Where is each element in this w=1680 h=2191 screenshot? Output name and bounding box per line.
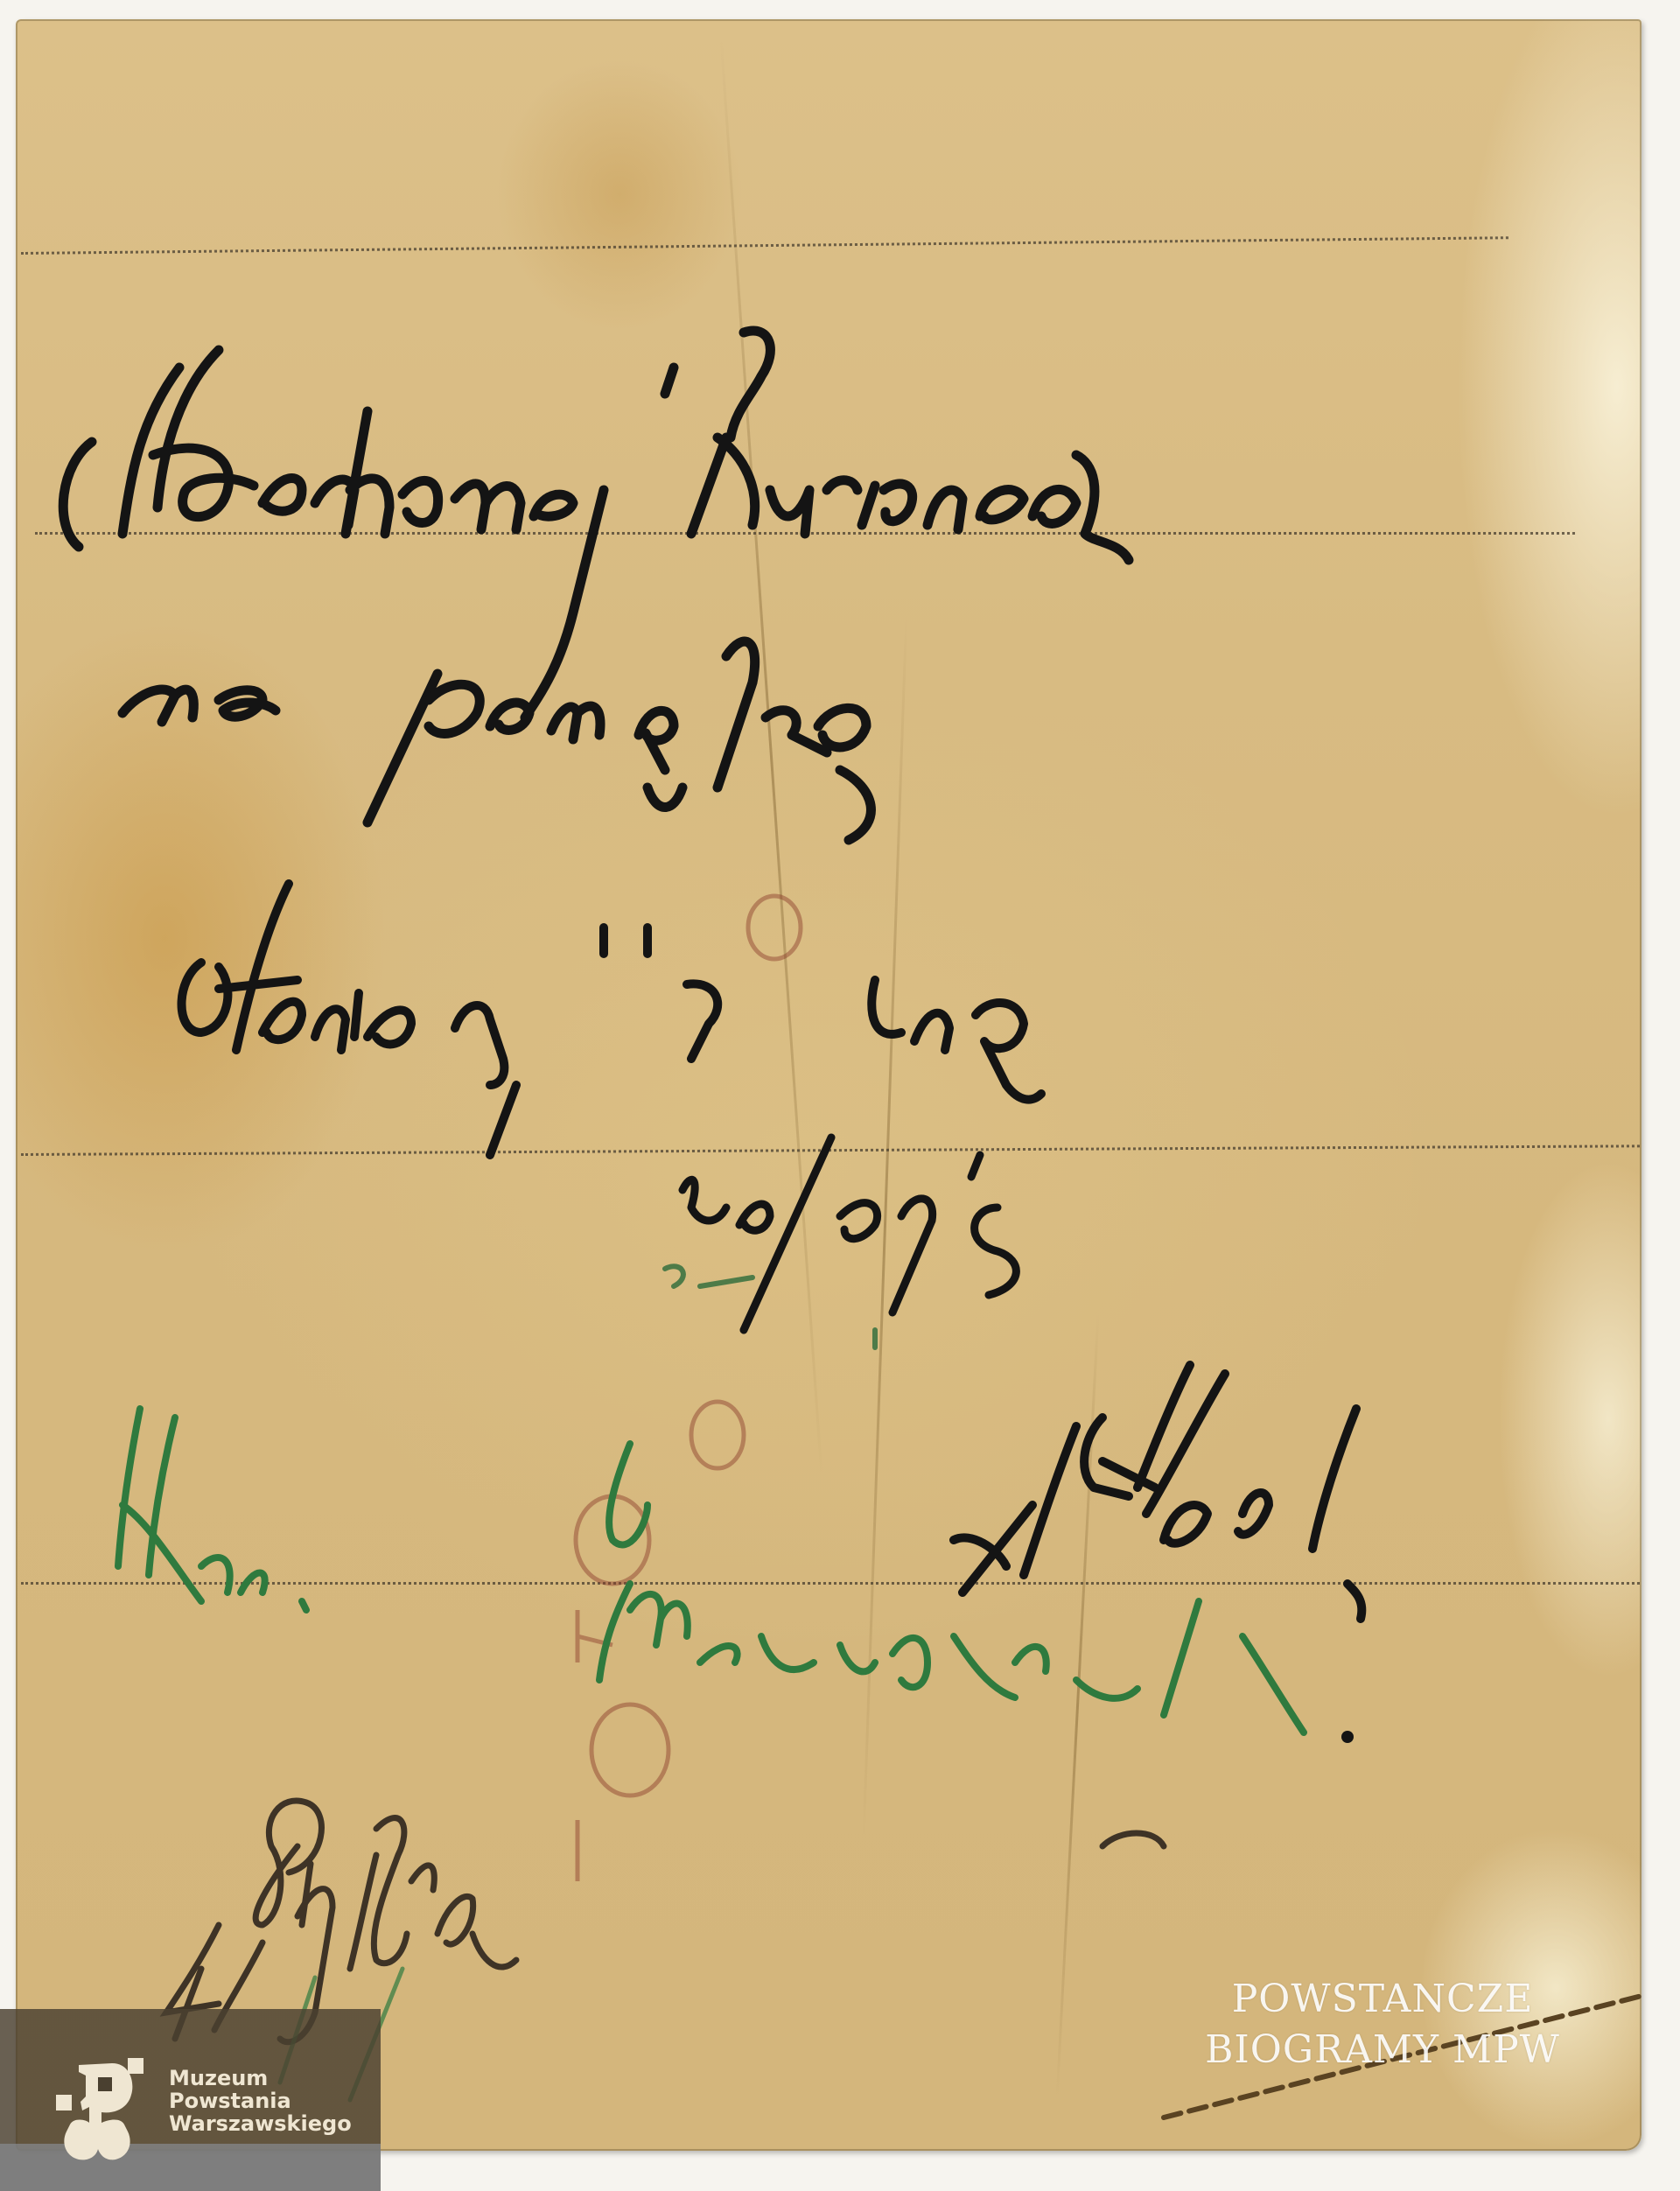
logo-line-1: Muzeum bbox=[169, 2067, 352, 2089]
museum-logo-text: Muzeum Powstania Warszawskiego bbox=[169, 2067, 352, 2135]
handwriting-layer bbox=[0, 0, 1680, 2191]
watermark-line-2: BIOGRAMY MPW bbox=[1172, 2025, 1592, 2075]
watermark-line-1: POWSTANCZE bbox=[1172, 1974, 1592, 2025]
kotwica-anchor-icon bbox=[51, 2058, 147, 2163]
logo-line-3: Warszawskiego bbox=[169, 2112, 352, 2135]
watermark-text: POWSTANCZE BIOGRAMY MPW bbox=[1172, 1974, 1592, 2075]
logo-line-2: Powstania bbox=[169, 2089, 352, 2112]
